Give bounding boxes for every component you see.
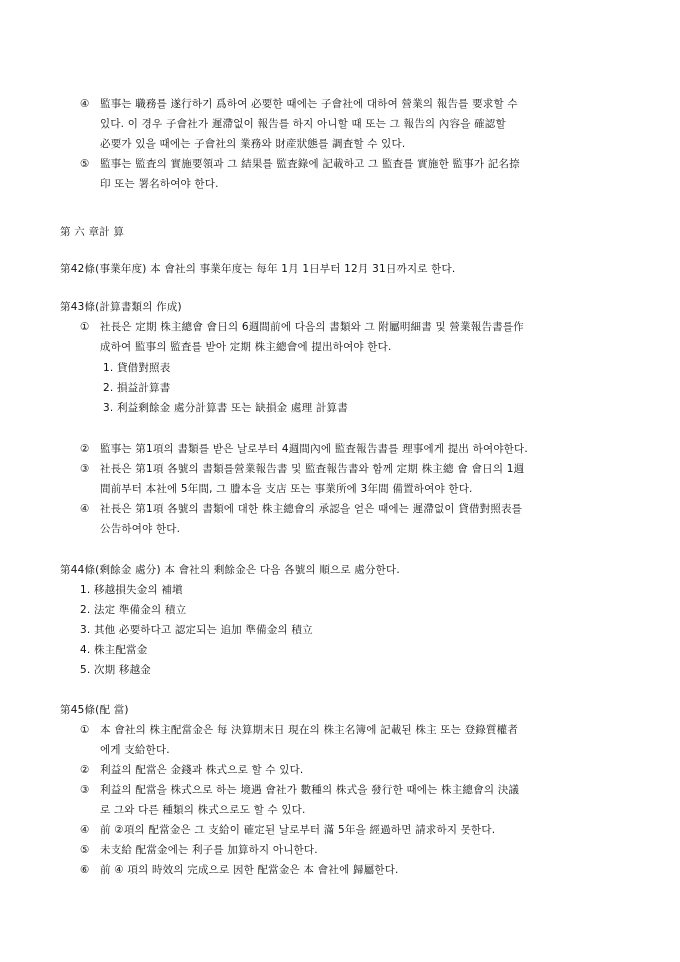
art43-item3-line1: ③社長은 第1項 各號의 書類를營業報告書 및 監査報告書와 함께 定期 株主總… — [80, 462, 524, 476]
article-43-heading: 第43條(計算書類의 作成) — [60, 300, 182, 314]
item-marker: ① — [80, 723, 100, 737]
item-marker: ④ — [80, 97, 100, 111]
art43-sublist-2: 2. 損益計算書 — [103, 381, 170, 395]
item-marker: ⑥ — [80, 863, 100, 877]
art43-item4-line2: 公告하여야 한다. — [100, 522, 180, 536]
art45-item4-line1: ④前 ②項의 配當金은 그 支給이 確定된 날로부터 滿 5年을 經過하면 請求… — [80, 823, 495, 837]
item-marker: ④ — [80, 502, 100, 516]
item-marker: ① — [80, 320, 100, 334]
article-45-heading: 第45條(配 當) — [60, 703, 129, 717]
art41-item4-line1: ④監事는 職務를 遂行하기 爲하여 必要한 때에는 子會社에 대하여 營業의 報… — [80, 97, 518, 111]
art41-item4-line3: 必要가 있을 때에는 子會社의 業務와 財産狀態를 調査할 수 있다. — [100, 137, 405, 151]
item-marker: ② — [80, 763, 100, 777]
art41-item5-line1: ⑤監事는 監査의 實施要領과 그 結果를 監査錄에 記載하고 그 監査를 實施한… — [80, 157, 520, 171]
chapter-title: 第 六 章計 算 — [60, 225, 124, 239]
art45-item3-line2: 로 그와 다른 種類의 株式으로도 할 수 있다. — [100, 803, 306, 817]
article-42: 第42條(事業年度) 本 會社의 事業年度는 每年 1月 1日부터 12月 31… — [60, 262, 455, 276]
art44-sublist-1: 1. 移越損失金의 補塡 — [80, 583, 183, 597]
item-marker: ② — [80, 442, 100, 456]
article-44-heading: 第44條(剩餘金 處分) 本 會社의 剩餘金은 다음 各號의 順으로 處分한다. — [60, 563, 400, 577]
art43-sublist-1: 1. 貸借對照表 — [103, 361, 170, 375]
art43-item4-line1: ④社長은 第1項 各號의 書類에 대한 株主總會의 承認을 얻은 때에는 遲滯없… — [80, 502, 522, 516]
item-marker: ⑤ — [80, 843, 100, 857]
art45-item1-line2: 에게 支給한다. — [100, 743, 170, 757]
art45-item5-line1: ⑤未支給 配當金에는 利子를 加算하지 아니한다. — [80, 843, 318, 857]
art44-sublist-5: 5. 次期 移越金 — [80, 663, 151, 677]
art45-item3-line1: ③利益의 配當을 株式으로 하는 境遇 會社가 數種의 株式을 發行한 때에는 … — [80, 783, 519, 797]
art43-item1-line2: 成하여 監事의 監査를 받아 定期 株主總會에 提出하여야 한다. — [100, 340, 392, 354]
art44-sublist-2: 2. 法定 準備金의 積立 — [80, 603, 186, 617]
item-marker: ⑤ — [80, 157, 100, 171]
art43-item1-line1: ①社長은 定期 株主總會 會日의 6週間前에 다음의 書類와 그 附屬明細書 및… — [80, 320, 524, 334]
art44-sublist-3: 3. 其他 必要하다고 認定되는 追加 準備金의 積立 — [80, 623, 313, 637]
art45-item2-line1: ②利益의 配當은 金錢과 株式으로 할 수 있다. — [80, 763, 303, 777]
art43-item2-line1: ②監事는 第1項의 書類를 받은 날로부터 4週間內에 監査報告書를 理事에게 … — [80, 442, 528, 456]
art44-sublist-4: 4. 株主配當金 — [80, 643, 147, 657]
art41-item5-line2: 印 또는 署名하여야 한다. — [100, 177, 219, 191]
art41-item4-line2: 있다. 이 경우 子會社가 遲滯없이 報告를 하지 아니할 때 또는 그 報告의… — [100, 117, 506, 131]
item-marker: ③ — [80, 783, 100, 797]
art45-item6-line1: ⑥前 ④ 項의 時效의 完成으로 因한 配當金은 本 會社에 歸屬한다. — [80, 863, 399, 877]
art43-item3-line2: 間前부터 本社에 5年間, 그 謄本을 支店 또는 事業所에 3年間 備置하여야… — [100, 482, 473, 496]
item-marker: ③ — [80, 462, 100, 476]
item-marker: ④ — [80, 823, 100, 837]
art43-sublist-3: 3. 利益剩餘金 處分計算書 또는 缺損金 處理 計算書 — [103, 401, 348, 415]
art45-item1-line1: ①本 會社의 株主配當金은 每 決算期末日 現在의 株主名簿에 記載된 株主 또… — [80, 723, 518, 737]
